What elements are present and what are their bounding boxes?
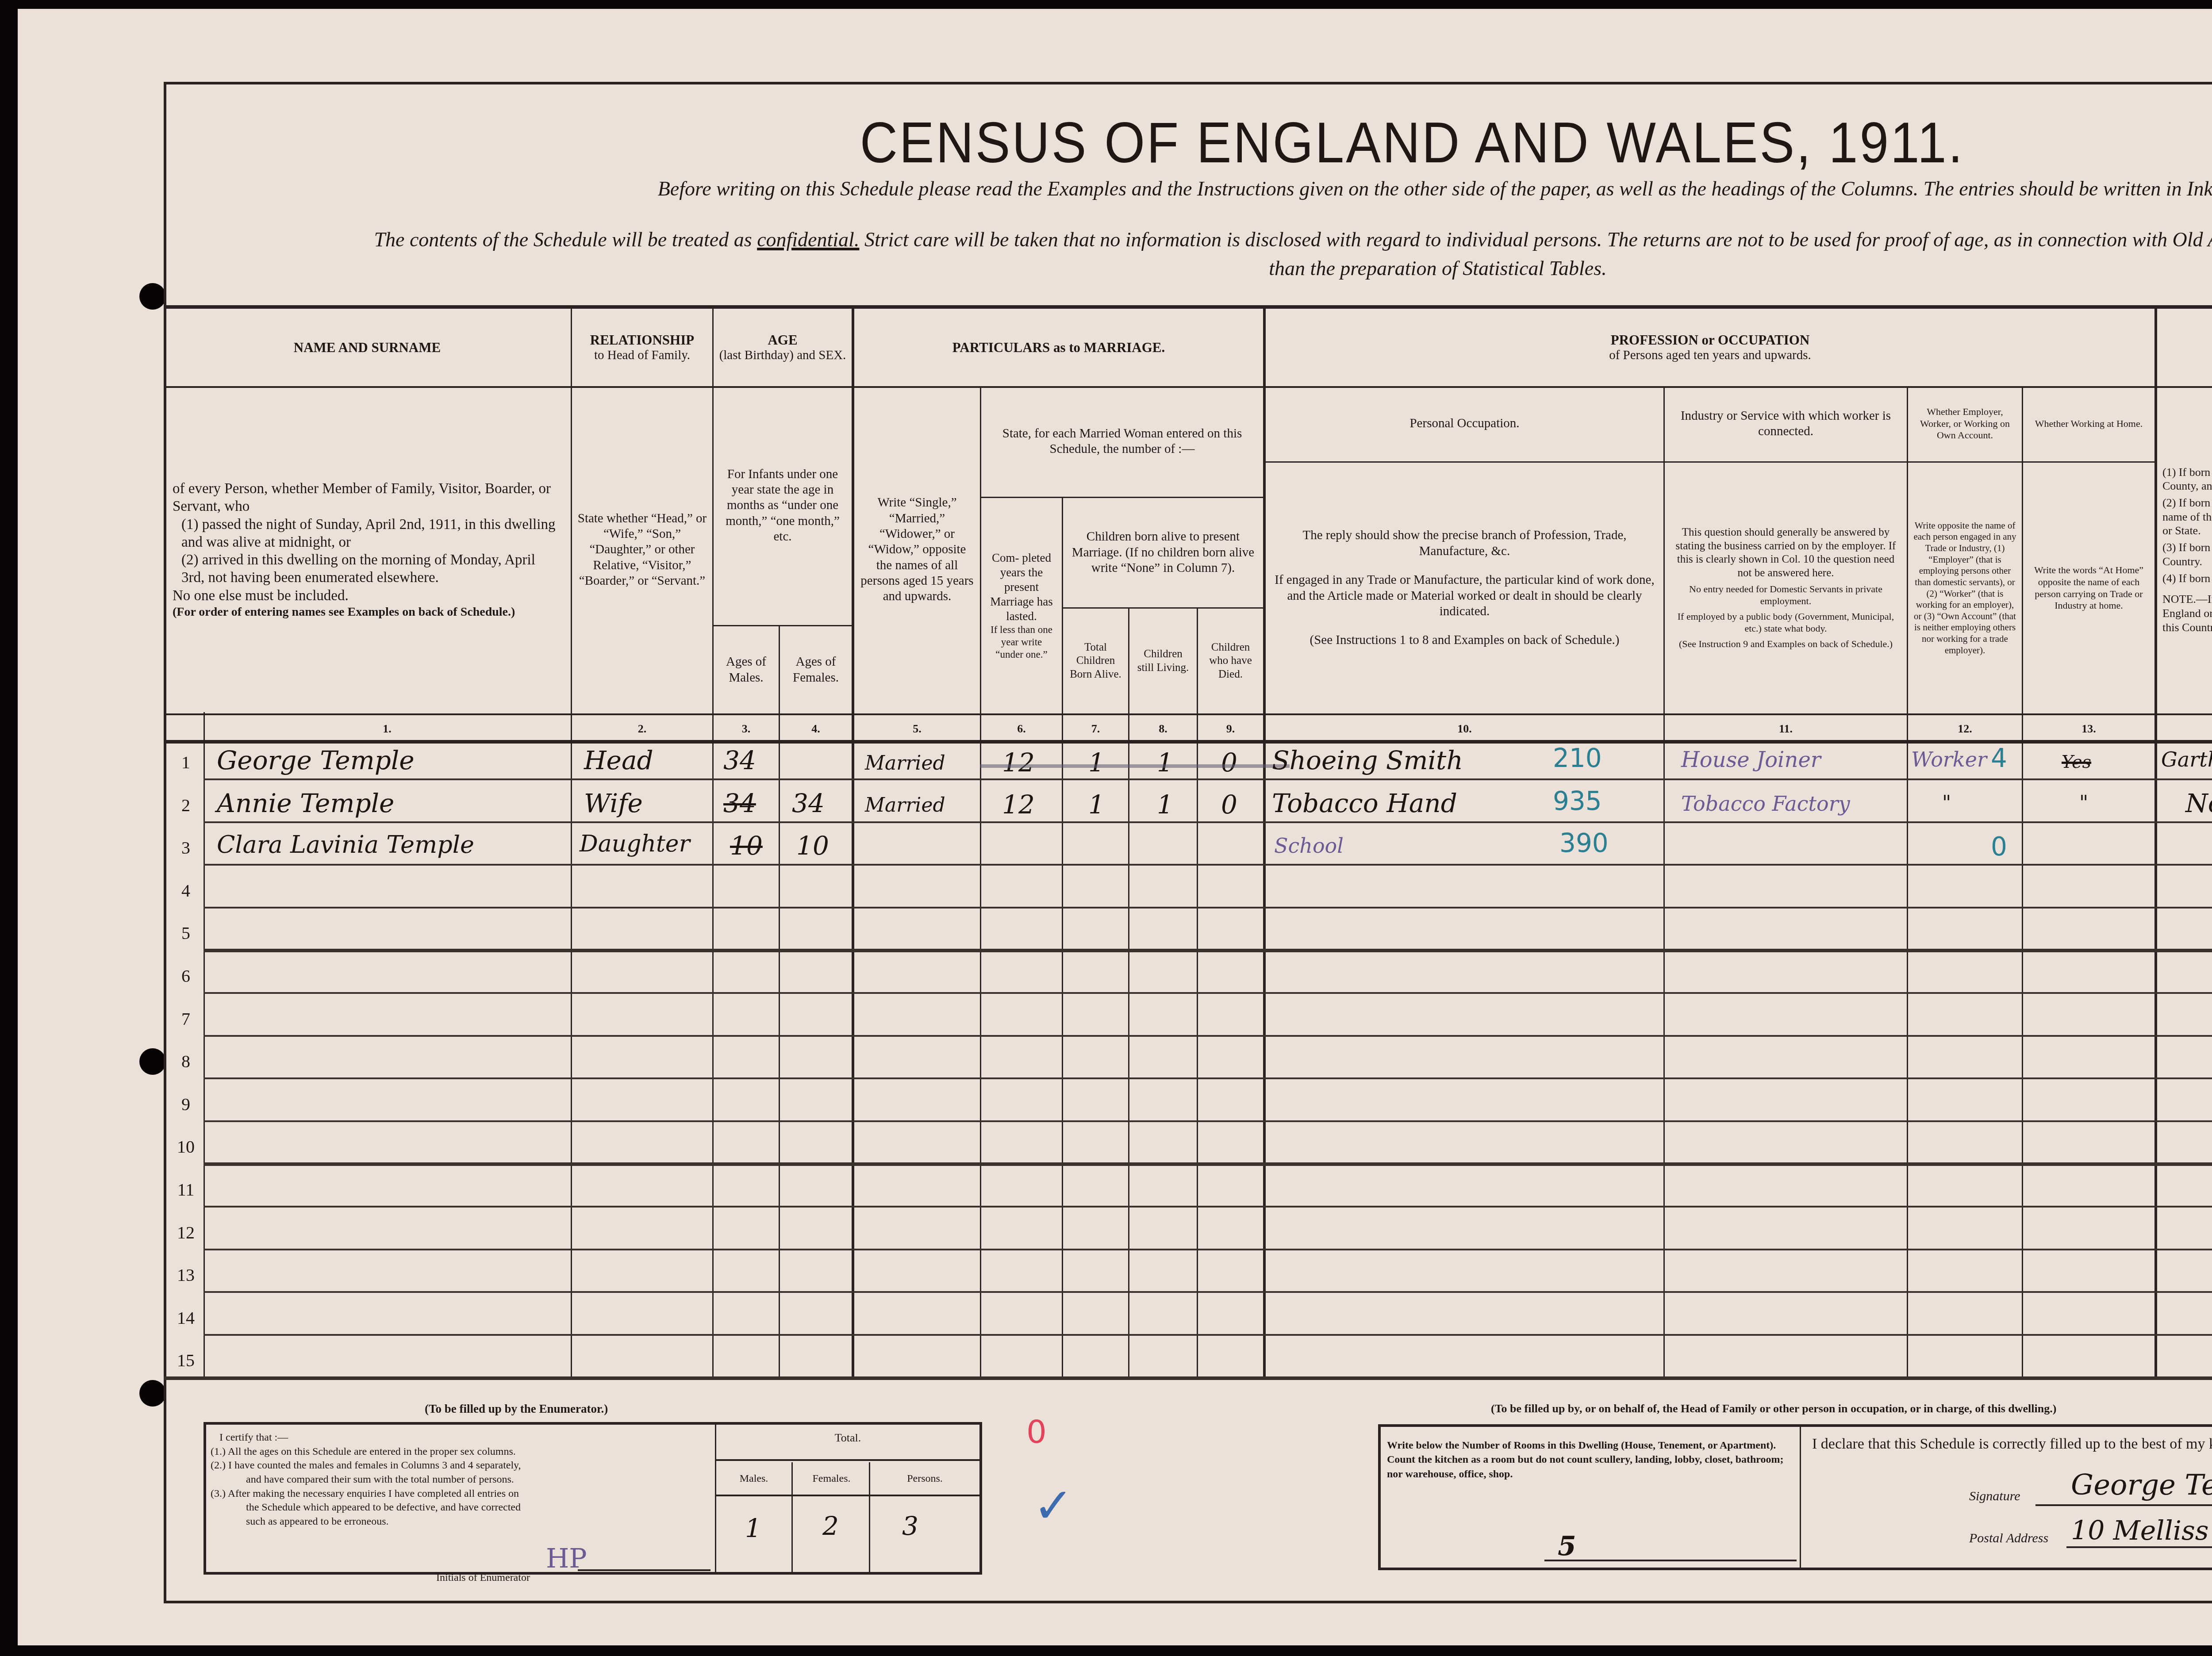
- header-marriage-col8: Children still Living.: [1128, 607, 1197, 713]
- cert-text: (3.) After making the necessary enquirie…: [211, 1487, 710, 1501]
- row-divider: [204, 907, 2212, 908]
- entry-employer-code: 0: [1991, 832, 2007, 862]
- desc-text: Write opposite the name of each person e…: [1913, 520, 2016, 656]
- females-label: Females.: [791, 1462, 870, 1495]
- entry-marital[interactable]: Married: [865, 752, 945, 774]
- header-birthplace: BIRTHPLACE of every person.: [2154, 309, 2212, 386]
- desc-text: Ages of Females.: [785, 654, 846, 686]
- desc-text: Ages of Males.: [719, 654, 773, 686]
- blue-checkmark: ✓: [1033, 1477, 1074, 1534]
- head-caption: (To be filled up by, or on behalf of, th…: [1491, 1402, 2056, 1415]
- header-label: RELATIONSHIP: [590, 332, 694, 348]
- header-marriage-col9: Children who have Died.: [1197, 607, 1263, 713]
- males-total[interactable]: 1: [745, 1513, 761, 1543]
- column-divider: [1128, 736, 1129, 1378]
- entry-age-male[interactable]: 34: [723, 745, 756, 775]
- entry-age-male-struck: 34: [723, 788, 756, 818]
- entry-name[interactable]: Clara Lavinia Temple: [217, 831, 474, 859]
- header-marriage: PARTICULARS as to MARRIAGE.: [852, 309, 1263, 386]
- colnum-11: 11.: [1663, 715, 1907, 740]
- desc-text: No entry needed for Domestic Servants in…: [1670, 583, 1901, 607]
- column-divider: [1907, 736, 1908, 1378]
- entry-industry[interactable]: House Joiner: [1681, 747, 1821, 772]
- header-name-desc: of every Person, whether Member of Famil…: [164, 386, 571, 713]
- desc-text: NOTE.—In the case of persons born elsewh…: [2162, 592, 2212, 634]
- header-married-woman: State, for each Married Woman entered on…: [980, 386, 1263, 497]
- entry-at-home[interactable]: Yes: [2062, 752, 2091, 772]
- totals-vline: [791, 1495, 793, 1572]
- desc-text: (For order of entering names see Example…: [173, 605, 515, 620]
- entry-name[interactable]: George Temple: [217, 745, 415, 775]
- entry-children-living[interactable]: 1: [1157, 790, 1173, 820]
- confidentiality-notice-cont: than the preparation of Statistical Tabl…: [885, 257, 1991, 280]
- header-working-at-home: Whether Working at Home.: [2022, 386, 2154, 461]
- header-label: AGE: [768, 332, 797, 348]
- entry-marital[interactable]: Married: [865, 794, 945, 816]
- entry-occupation[interactable]: Tobacco Hand: [1272, 788, 1457, 818]
- header-working-at-home-desc: Write the words “At Home” opposite the n…: [2022, 461, 2154, 713]
- desc-text: Personal Occupation.: [1409, 416, 1519, 431]
- header-marriage-col7: Total Children Born Alive.: [1062, 607, 1128, 713]
- column-divider: [852, 736, 854, 1378]
- column-divider: [2022, 736, 2023, 1378]
- header-employer-status: Whether Employer, Worker, or Working on …: [1907, 386, 2022, 461]
- desc-text: No one else must be included.: [173, 587, 349, 605]
- entry-occupation-code: 935: [1553, 786, 1602, 816]
- header-personal-occupation: Personal Occupation.: [1263, 386, 1663, 461]
- header-sublabel: to Head of Family.: [594, 348, 690, 363]
- column-divider: [980, 736, 981, 1378]
- row-divider: [204, 778, 2212, 780]
- entry-relationship[interactable]: Head: [584, 745, 653, 775]
- colnum-4: 4.: [779, 715, 852, 740]
- desc-text: (1) If born in the United Kingdom, write…: [2162, 465, 2212, 493]
- row-number: 7: [168, 1008, 204, 1029]
- desc-text: This question should generally be answer…: [1670, 526, 1901, 580]
- enumerator-caption: (To be filled up by the Enumerator.): [425, 1402, 608, 1416]
- desc-text: If employed by a public body (Government…: [1670, 611, 1901, 635]
- header-age-females: Ages of Females.: [779, 625, 852, 713]
- strikeout-line: [980, 764, 1290, 768]
- desc-text: (See Instructions 1 to 8 and Examples on…: [1310, 632, 1620, 648]
- row-divider: [204, 1162, 2212, 1166]
- desc-text: (3) If born in a Foreign Country, write …: [2162, 540, 2212, 568]
- row-divider: [204, 1249, 2212, 1250]
- desc-text: If engaged in any Trade or Manufacture, …: [1271, 572, 1658, 619]
- colnum-6: 6.: [980, 715, 1062, 740]
- row-number: 1: [168, 752, 204, 773]
- signature-label: Signature: [1969, 1489, 2020, 1504]
- desc-text: (4) If born at sea, write “At Sea.”: [2162, 571, 2212, 586]
- column-divider: [571, 736, 572, 1378]
- row-number: 9: [168, 1094, 204, 1115]
- declaration-text: I declare that this Schedule is correctl…: [1812, 1436, 2212, 1453]
- desc-text: (2) arrived in this dwelling on the morn…: [173, 551, 562, 587]
- row-divider: [204, 1334, 2212, 1336]
- column-divider: [2154, 736, 2157, 1378]
- totals-divider: [716, 1495, 979, 1496]
- header-relationship-desc: State whether “Head,” or “Wife,” “Son,” …: [571, 386, 712, 713]
- persons-label: Persons.: [869, 1462, 979, 1495]
- totals-divider: [716, 1459, 979, 1461]
- notice-text: The contents of the Schedule will be tre…: [374, 228, 757, 251]
- enumerator-certification: I certify that :— (1.) All the ages on t…: [211, 1431, 710, 1529]
- desc-text: Write the words “At Home” opposite the n…: [2028, 564, 2149, 612]
- entry-relationship[interactable]: Daughter: [580, 831, 690, 857]
- column-divider: [712, 736, 714, 1378]
- rooms-underline: [1544, 1560, 1797, 1561]
- desc-text: State, for each Married Woman entered on…: [987, 426, 1258, 457]
- punch-hole: [139, 1380, 166, 1407]
- total-header: Total.: [716, 1431, 979, 1445]
- row-number: 5: [168, 923, 204, 943]
- punch-hole: [139, 1048, 166, 1075]
- entry-years-married[interactable]: 12: [1002, 790, 1035, 820]
- desc-text: If less than one year write “under one.”: [987, 624, 1056, 661]
- row-number: 8: [168, 1051, 204, 1072]
- row-divider: [204, 1291, 2212, 1293]
- cert-text: such as appeared to be erroneous.: [211, 1515, 710, 1529]
- header-employer-status-desc: Write opposite the name of each person e…: [1907, 461, 2022, 713]
- entry-age-female[interactable]: 34: [792, 788, 825, 818]
- desc-text: Com- pleted years the present Marriage h…: [987, 551, 1056, 624]
- header-age-males: Ages of Males.: [712, 625, 779, 713]
- totals-panel: Total. Males. Females. Persons. 1 2 3: [715, 1425, 979, 1572]
- colnum-8: 8.: [1128, 715, 1197, 740]
- entry-children-born[interactable]: 1: [1088, 790, 1105, 820]
- address-underline: [2066, 1546, 2212, 1548]
- entry-birthplace[interactable]: Nottingham: [2185, 788, 2212, 818]
- desc-text: Children still Living.: [1135, 648, 1191, 675]
- totals-vline: [869, 1495, 870, 1572]
- females-total[interactable]: 2: [822, 1511, 839, 1541]
- colnum-10: 10.: [1263, 715, 1663, 740]
- entry-occupation-code: 390: [1559, 828, 1609, 858]
- header-label: NAME AND SURNAME: [294, 340, 441, 356]
- signature-value[interactable]: George Temple: [2071, 1469, 2212, 1502]
- signature-underline: [2035, 1504, 2212, 1506]
- header-sublabel: of Persons aged ten years and upwards.: [1609, 348, 1811, 363]
- row-divider: [204, 864, 2212, 866]
- table-bottom: [164, 1376, 2212, 1380]
- desc-text: Total Children Born Alive.: [1068, 641, 1123, 682]
- desc-text: Children who have Died.: [1203, 641, 1258, 682]
- column-number-divider: [164, 740, 2212, 744]
- colnum-2: 2.: [571, 715, 712, 740]
- colnum-13: 13.: [2022, 715, 2154, 740]
- header-label: PROFESSION or OCCUPATION: [1611, 332, 1810, 348]
- header-relationship: RELATIONSHIP to Head of Family.: [571, 309, 712, 386]
- row-number: 12: [168, 1222, 204, 1243]
- header-name: NAME AND SURNAME: [164, 309, 571, 386]
- entry-children-died[interactable]: 0: [1221, 747, 1237, 778]
- entry-name[interactable]: Annie Temple: [217, 788, 394, 818]
- colnum-1: 1.: [204, 722, 571, 736]
- desc-text: For Infants under one year state the age…: [719, 467, 846, 545]
- entry-occupation[interactable]: Shoeing Smith: [1272, 745, 1463, 775]
- entry-occupation-code: 210: [1553, 743, 1602, 773]
- entry-occupation[interactable]: School: [1274, 834, 1344, 858]
- desc-text: (See Instruction 9 and Examples on back …: [1679, 638, 1893, 650]
- entry-relationship[interactable]: Wife: [584, 788, 643, 818]
- address-value[interactable]: 10 Melliss Street Nottingham: [2071, 1515, 2212, 1546]
- persons-total[interactable]: 3: [902, 1511, 918, 1541]
- rooms-text: Write below the Number of Rooms in this …: [1387, 1440, 1784, 1480]
- entry-employer-status[interactable]: Worker: [1911, 747, 1987, 771]
- header-age: AGE (last Birthday) and SEX.: [712, 309, 852, 386]
- column-divider: [1062, 736, 1063, 1378]
- red-annotation: 0: [1026, 1413, 1047, 1450]
- header-birthplace-desc: (1) If born in the United Kingdom, write…: [2154, 386, 2212, 713]
- header-sublabel: (last Birthday) and SEX.: [719, 348, 846, 363]
- row-number: 11: [168, 1179, 204, 1200]
- entry-children-died[interactable]: 0: [1221, 790, 1237, 820]
- notice-text: Strict care will be taken that no inform…: [859, 228, 2212, 251]
- cert-text: (1.) All the ages on this Schedule are e…: [211, 1445, 710, 1459]
- cert-text: (2.) I have counted the males and female…: [211, 1459, 710, 1473]
- entry-employer-code: 4: [1991, 743, 2007, 773]
- cert-text: and have compared their sum with the tot…: [211, 1473, 710, 1487]
- colnum-5: 5.: [852, 715, 980, 740]
- row-number: 10: [168, 1136, 204, 1157]
- row-number: 6: [168, 966, 204, 986]
- entry-years-married[interactable]: 12: [1002, 747, 1035, 778]
- colnum-14: 14.: [2154, 715, 2212, 740]
- initials-underline: [578, 1569, 710, 1571]
- punch-hole: [139, 283, 166, 310]
- header-children: Children born alive to present Marriage.…: [1062, 497, 1263, 607]
- row-divider: [204, 1035, 2212, 1037]
- header-marriage-col5: Write “Single,” “Married,” “Widower,” or…: [852, 386, 980, 713]
- page-title: CENSUS OF ENGLAND AND WALES, 1911.: [0, 110, 2212, 176]
- row-divider: [204, 1206, 2212, 1207]
- header-industry-desc: This question should generally be answer…: [1663, 461, 1907, 713]
- entry-employer-status[interactable]: ": [1942, 792, 1951, 814]
- cert-text: the Schedule which appeared to be defect…: [211, 1501, 710, 1515]
- column-divider: [779, 736, 780, 1378]
- desc-text: The reply should show the precise branch…: [1271, 528, 1658, 559]
- males-label: Males.: [716, 1462, 791, 1495]
- row-divider: [204, 1077, 2212, 1079]
- colnum-9: 9.: [1197, 715, 1263, 740]
- entry-birthplace[interactable]: Garthorpe Lincolnshire: [2161, 747, 2212, 771]
- row-divider: [204, 1120, 2212, 1122]
- header-personal-occupation-desc: The reply should show the precise branch…: [1263, 461, 1663, 713]
- confidentiality-notice: The contents of the Schedule will be tre…: [195, 228, 2212, 251]
- desc-text: (1) passed the night of Sunday, April 2n…: [173, 516, 562, 552]
- desc-text: Industry or Service with which worker is…: [1670, 408, 1901, 440]
- colnum-7: 7.: [1062, 715, 1128, 740]
- column-divider: [204, 712, 205, 1378]
- initials-label: Initials of Enumerator: [436, 1572, 530, 1583]
- rooms-value[interactable]: 5: [1558, 1529, 1576, 1564]
- row-number: 3: [168, 837, 204, 858]
- confidential-emphasis: confidential.: [757, 228, 859, 251]
- row-divider: [204, 992, 2212, 994]
- header-occupation: PROFESSION or OCCUPATION of Persons aged…: [1263, 309, 2154, 386]
- intro-instructions: Before writing on this Schedule please r…: [487, 177, 2212, 200]
- enumerator-box: I certify that :— (1.) All the ages on t…: [204, 1422, 982, 1575]
- row-number: 4: [168, 880, 204, 901]
- entry-at-home[interactable]: ": [2079, 792, 2088, 814]
- desc-text: (2) If born in any other part of the Bri…: [2162, 496, 2212, 538]
- head-of-family-box: Write below the Number of Rooms in this …: [1378, 1424, 2212, 1570]
- desc-text: Write “Single,” “Married,” “Widower,” or…: [860, 495, 975, 605]
- entry-children-living[interactable]: 1: [1157, 747, 1173, 778]
- colnum-3: 3.: [712, 715, 779, 740]
- entry-age-male-struck: 10: [730, 831, 763, 861]
- row-number: 2: [168, 795, 204, 816]
- row-divider: [204, 821, 2212, 823]
- address-label: Postal Address: [1969, 1531, 2048, 1546]
- row-number: 13: [168, 1265, 204, 1285]
- desc-text: Whether Employer, Worker, or Working on …: [1913, 406, 2016, 441]
- rooms-instructions: Write below the Number of Rooms in this …: [1381, 1427, 1801, 1568]
- column-divider: [1263, 736, 1266, 1378]
- entry-children-born[interactable]: 1: [1088, 747, 1105, 778]
- header-industry: Industry or Service with which worker is…: [1663, 386, 1907, 461]
- desc-text: Whether Working at Home.: [2035, 418, 2143, 430]
- desc-text: of every Person, whether Member of Famil…: [173, 480, 562, 516]
- entry-industry[interactable]: Tobacco Factory: [1681, 792, 1850, 816]
- row-number: 14: [168, 1307, 204, 1328]
- header-marriage-col6: Com- pleted years the present Marriage h…: [980, 497, 1062, 713]
- column-divider: [1197, 736, 1198, 1378]
- desc-text: State whether “Head,” or “Wife,” “Son,” …: [577, 511, 707, 589]
- entry-age-female[interactable]: 10: [796, 831, 829, 861]
- row-divider: [204, 949, 2212, 952]
- header-label: PARTICULARS as to MARRIAGE.: [952, 340, 1165, 356]
- row-number: 15: [168, 1350, 204, 1371]
- header-age-desc: For Infants under one year state the age…: [712, 386, 852, 625]
- desc-text: Children born alive to present Marriage.…: [1068, 529, 1258, 576]
- colnum-12: 12.: [1907, 715, 2022, 740]
- cert-text: I certify that :—: [211, 1431, 710, 1445]
- column-divider: [1663, 736, 1665, 1378]
